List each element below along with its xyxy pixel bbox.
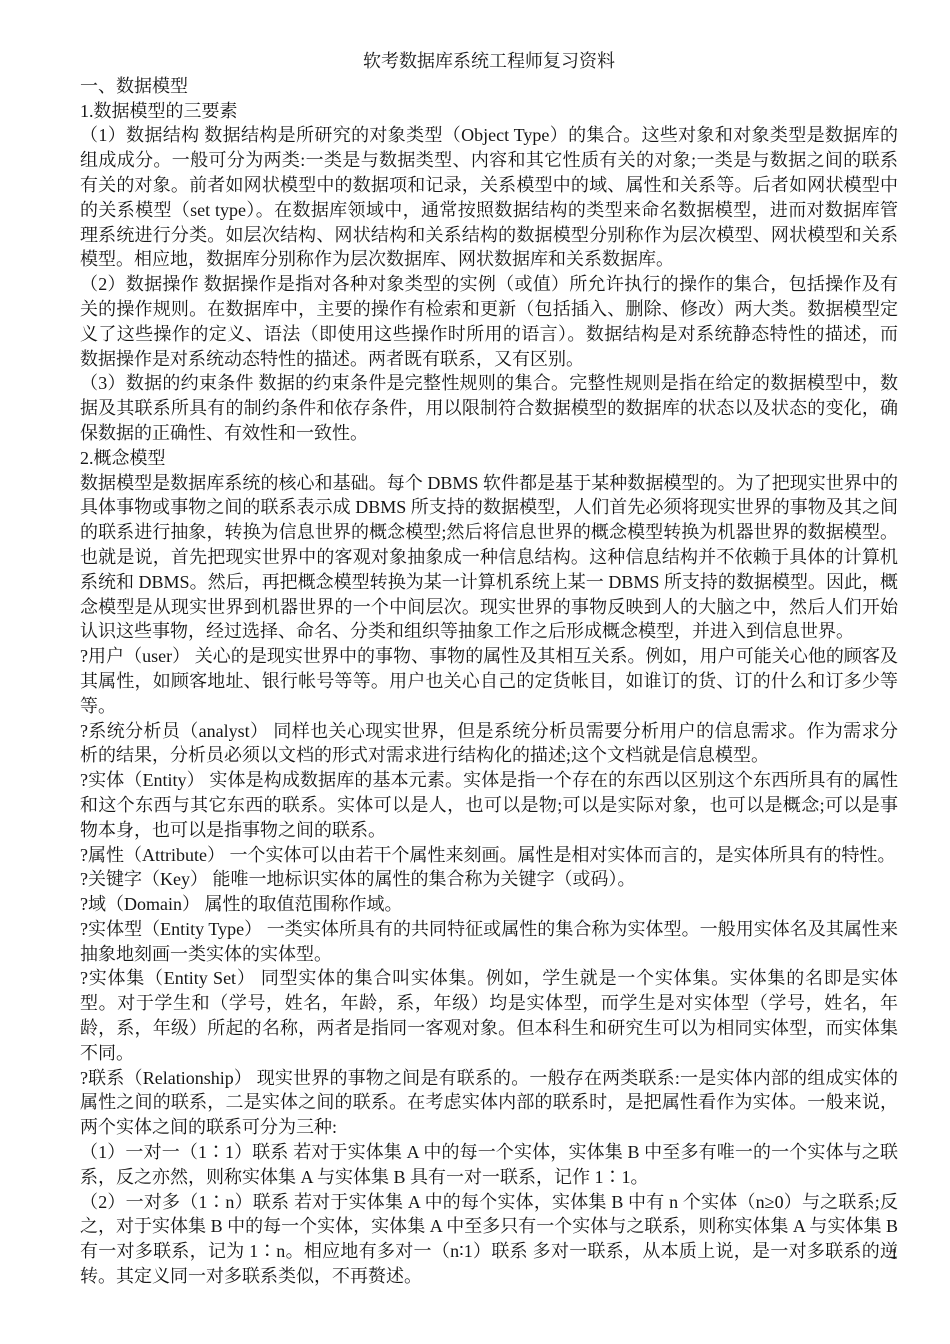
subsection-heading-three-elements: 1.数据模型的三要素	[80, 99, 898, 124]
para-attribute: ?属性（Attribute） 一个实体可以由若干个属性来刻画。属性是相对实体而言…	[80, 843, 898, 868]
para-key: ?关键字（Key） 能唯一地标识实体的属性的集合称为关键字（或码）。	[80, 867, 898, 892]
para-domain: ?域（Domain） 属性的取值范围称作域。	[80, 892, 898, 917]
subsection-heading-concept-model: 2.概念模型	[80, 446, 898, 471]
document-title: 软考数据库系统工程师复习资料	[80, 49, 898, 74]
para-user: ?用户（user） 关心的是现实世界中的事物、事物的属性及其相互关系。例如，用户…	[80, 644, 898, 718]
para-entity-set: ?实体集（Entity Set） 同型实体的集合叫实体集。例如，学生就是一个实体…	[80, 966, 898, 1065]
page-number: 1	[0, 1243, 898, 1268]
para-one-to-many: （2）一对多（1∶n）联系 若对于实体集 A 中的每个实体，实体集 B 中有 n…	[80, 1190, 898, 1289]
para-relationship: ?联系（Relationship） 现实世界的事物之间是有联系的。一般存在两类联…	[80, 1066, 898, 1140]
para-data-operations: （2）数据操作 数据操作是指对各种对象类型的实例（或值）所允许执行的操作的集合，…	[80, 272, 898, 371]
para-entity: ?实体（Entity） 实体是构成数据库的基本元素。实体是指一个存在的东西以区别…	[80, 768, 898, 842]
para-data-constraints: （3）数据的约束条件 数据的约束条件是完整性规则的集合。完整性规则是指在给定的数…	[80, 371, 898, 445]
para-concept-model-intro: 数据模型是数据库系统的核心和基础。每个 DBMS 软件都是基于某种数据模型的。为…	[80, 471, 898, 645]
section-heading-data-model: 一、数据模型	[80, 74, 898, 99]
para-entity-type: ?实体型（Entity Type） 一类实体所具有的共同特征或属性的集合称为实体…	[80, 917, 898, 967]
para-one-to-one: （1）一对一（1∶1）联系 若对于实体集 A 中的每一个实体，实体集 B 中至多…	[80, 1140, 898, 1190]
para-data-structure: （1）数据结构 数据结构是所研究的对象类型（Object Type）的集合。这些…	[80, 123, 898, 272]
para-analyst: ?系统分析员（analyst） 同样也关心现实世界，但是系统分析员需要分析用户的…	[80, 719, 898, 769]
document-content: 软考数据库系统工程师复习资料 一、数据模型 1.数据模型的三要素 （1）数据结构…	[80, 49, 898, 1289]
document-page: 软考数据库系统工程师复习资料 一、数据模型 1.数据模型的三要素 （1）数据结构…	[0, 0, 950, 1344]
